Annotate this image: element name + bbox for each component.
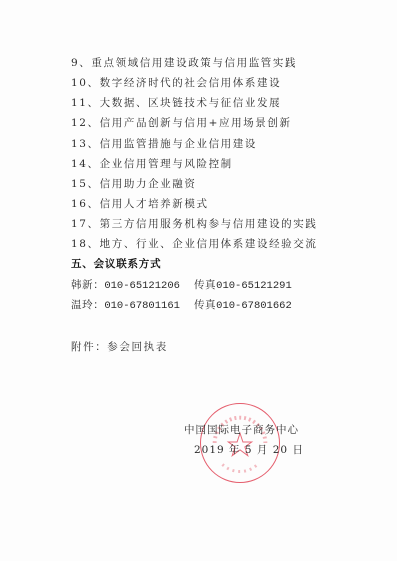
item-text: 信用人才培养新模式 — [100, 198, 209, 210]
item-number: 16、 — [71, 198, 100, 210]
item-text: 信用产品创新与信用+应用场景创新 — [100, 117, 292, 129]
item-text: 第三方信用服务机构参与信用建设的实践 — [100, 218, 318, 230]
item-text: 企业信用管理与风险控制 — [100, 158, 233, 170]
contact-name: 韩新： — [71, 279, 104, 291]
topic-item-15: 15、信用助力企业融资 — [71, 177, 196, 191]
item-number: 9、 — [71, 57, 91, 69]
item-text: 大数据、区块链技术与征信业发展 — [100, 97, 282, 109]
contact-phone: 010-67801161 — [104, 300, 180, 312]
contact-name: 温玲： — [71, 299, 104, 311]
item-text: 信用监管措施与企业信用建设 — [100, 138, 257, 150]
topic-item-18: 18、地方、行业、企业信用体系建设经验交流 — [71, 237, 317, 251]
signing-organization: 中国国际电子商务中心 — [184, 422, 299, 437]
item-text: 数字经济时代的社会信用体系建设 — [100, 77, 282, 89]
item-text: 重点领域信用建设政策与信用监管实践 — [91, 57, 297, 69]
topic-item-11: 11、大数据、区块链技术与征信业发展 — [71, 96, 281, 110]
attachment-note: 附件：参会回执表 — [71, 340, 168, 354]
section-heading-contact: 五、会议联系方式 — [71, 257, 161, 271]
topic-item-13: 13、信用监管措施与企业信用建设 — [71, 137, 257, 151]
item-text: 信用助力企业融资 — [100, 178, 197, 190]
contact-phone: 010-65121206 — [104, 280, 180, 292]
item-number: 12、 — [71, 117, 100, 129]
contact-row: 温玲：010-67801161传真010-67801662 — [71, 298, 292, 313]
item-number: 15、 — [71, 178, 100, 190]
signing-date: 2019 年 5 月 20 日 — [194, 442, 304, 457]
document-page: 9、重点领域信用建设政策与信用监管实践 10、数字经济时代的社会信用体系建设 1… — [0, 0, 397, 561]
contact-row: 韩新：010-65121206传真010-65121291 — [71, 278, 292, 293]
topic-item-12: 12、信用产品创新与信用+应用场景创新 — [71, 116, 292, 130]
item-number: 17、 — [71, 218, 100, 230]
topic-item-14: 14、企业信用管理与风险控制 — [71, 157, 233, 171]
item-number: 18、 — [71, 238, 100, 250]
topic-item-9: 9、重点领域信用建设政策与信用监管实践 — [71, 56, 297, 70]
topic-item-17: 17、第三方信用服务机构参与信用建设的实践 — [71, 217, 317, 231]
topic-item-10: 10、数字经济时代的社会信用体系建设 — [71, 76, 281, 90]
item-number: 13、 — [71, 138, 100, 150]
item-number: 14、 — [71, 158, 100, 170]
contact-fax: 010-67801662 — [216, 300, 292, 312]
item-number: 10、 — [71, 77, 100, 89]
item-text: 地方、行业、企业信用体系建设经验交流 — [100, 238, 318, 250]
fax-label: 传真 — [194, 279, 216, 291]
contact-fax: 010-65121291 — [216, 280, 292, 292]
fax-label: 传真 — [194, 299, 216, 311]
topic-item-16: 16、信用人才培养新模式 — [71, 197, 209, 211]
item-number: 11、 — [71, 97, 100, 109]
